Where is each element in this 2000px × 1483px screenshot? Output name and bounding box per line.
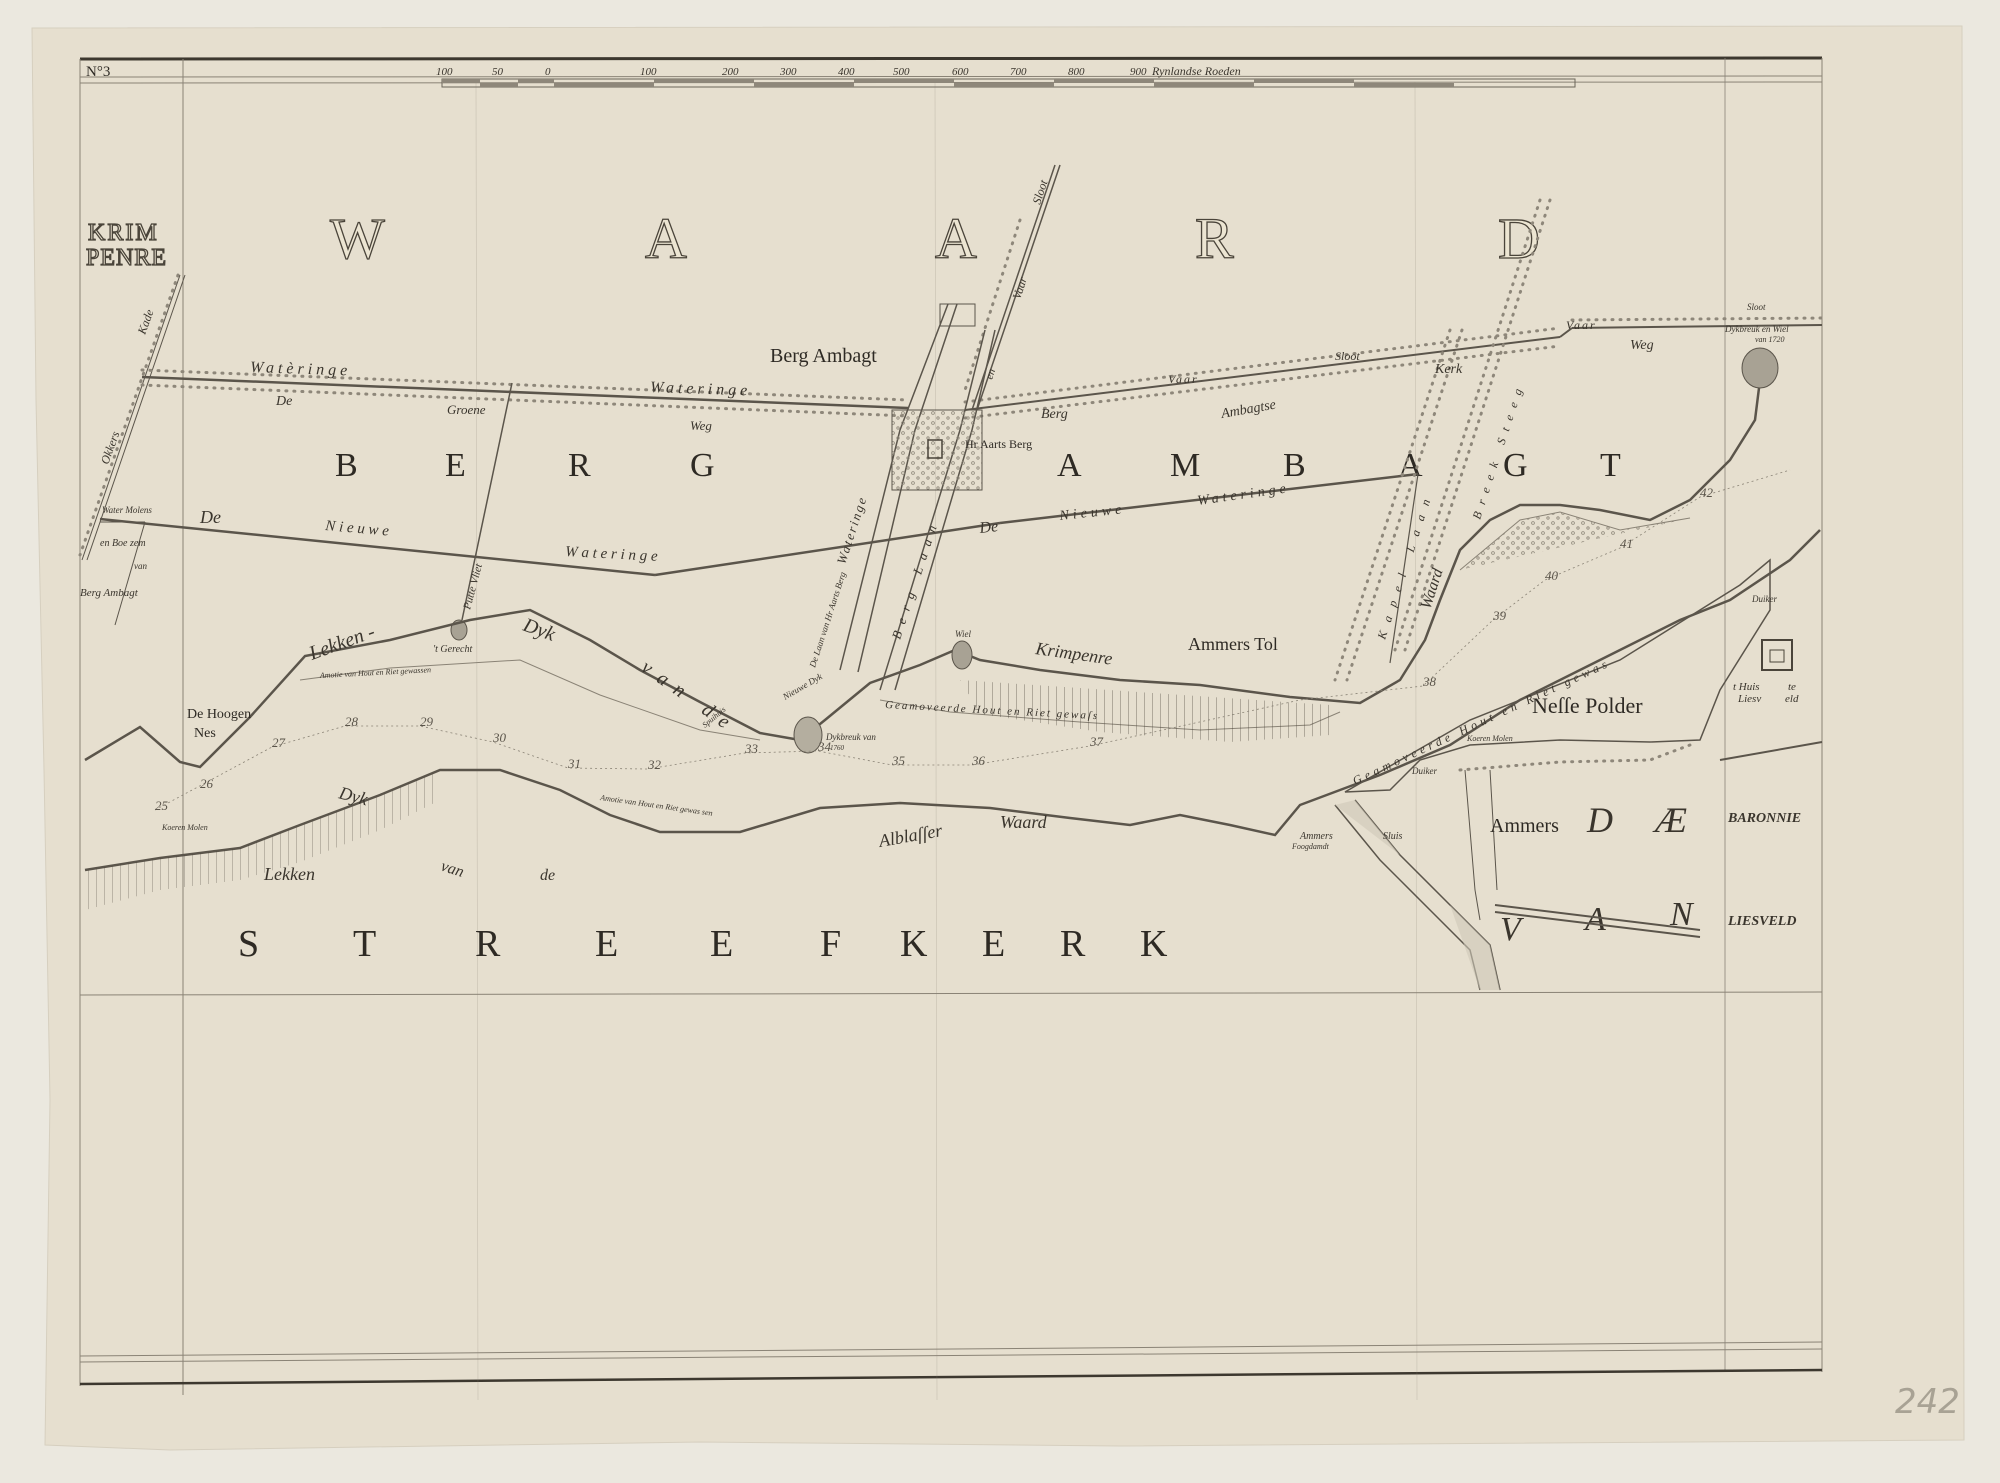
svg-text:van 1720: van 1720 <box>1755 335 1785 344</box>
sounding: 37 <box>1089 734 1104 749</box>
svg-text:A: A <box>1583 901 1606 938</box>
scale-tick: 400 <box>838 66 855 78</box>
svg-text:T: T <box>1600 447 1621 484</box>
scale-tick: 500 <box>893 66 910 78</box>
svg-text:Watèringe: Watèringe <box>250 359 352 380</box>
sounding: 33 <box>744 741 759 756</box>
place-ammers-tol: Ammers Tol <box>1188 634 1278 654</box>
svg-text:Dykbreuk van: Dykbreuk van <box>825 732 876 742</box>
place-te: te <box>1788 681 1796 693</box>
svg-text:Berg Ambagt: Berg Ambagt <box>80 587 139 599</box>
svg-text:de: de <box>540 867 555 884</box>
sounding: 41 <box>1620 536 1633 551</box>
svg-text:Ammers: Ammers <box>1299 831 1333 842</box>
svg-text:KRIM: KRIM <box>88 220 159 246</box>
sounding: 25 <box>155 798 169 813</box>
sounding: 36 <box>971 753 986 768</box>
historical-map-sheet: N°3 100 50 0 100 200 300 400 500 600 700… <box>0 0 2000 1483</box>
svg-text:E: E <box>710 923 733 965</box>
sounding: 32 <box>647 757 662 772</box>
svg-text:1760: 1760 <box>830 744 845 752</box>
svg-text:D: D <box>1586 800 1613 840</box>
svg-text:A: A <box>1057 447 1082 484</box>
svg-text:Water Molens: Water Molens <box>102 505 152 515</box>
krimpenre-label: KRIM PENRE <box>86 220 167 271</box>
svg-text:Waard: Waard <box>1000 812 1048 832</box>
svg-text:G: G <box>1503 447 1528 484</box>
sounding: 30 <box>492 730 507 745</box>
sounding: 35 <box>891 753 906 768</box>
scale-tick: 100 <box>436 66 453 78</box>
svg-text:Duiker: Duiker <box>1411 766 1437 776</box>
place-liesv: Liesv <box>1737 693 1761 705</box>
svg-text:K: K <box>1140 923 1168 965</box>
svg-text:De: De <box>199 507 221 527</box>
scale-tick: 300 <box>779 66 797 78</box>
svg-text:Vaar: Vaar <box>1168 372 1199 386</box>
svg-text:Weg: Weg <box>1630 338 1654 353</box>
svg-text:Æ: Æ <box>1652 800 1687 840</box>
scale-tick: 0 <box>545 66 551 78</box>
svg-text:van: van <box>134 561 147 571</box>
scale-tick: 600 <box>952 66 969 78</box>
svg-text:De: De <box>978 518 999 537</box>
place-nes: Nes <box>194 726 216 741</box>
svg-text:Foogdamdt: Foogdamdt <box>1291 842 1330 851</box>
svg-text:B: B <box>335 447 358 484</box>
scale-tick: 800 <box>1068 66 1085 78</box>
svg-text:Sloot: Sloot <box>1747 302 1766 312</box>
svg-text:Vaar: Vaar <box>1566 318 1597 332</box>
svg-text:F: F <box>820 923 841 965</box>
svg-text:R: R <box>568 447 591 484</box>
sounding: 28 <box>345 714 359 729</box>
sounding: 38 <box>1422 674 1437 689</box>
sounding: 39 <box>1492 608 1507 623</box>
paper-sheet <box>32 26 1964 1450</box>
svg-text:BARONNIE: BARONNIE <box>1727 811 1801 826</box>
svg-text:E: E <box>982 923 1005 965</box>
sheet-number: N°3 <box>86 64 110 80</box>
svg-text:Weg: Weg <box>690 418 712 433</box>
svg-text:Berg: Berg <box>1041 407 1068 422</box>
scale-tick: 200 <box>722 66 739 78</box>
svg-text:W: W <box>330 206 385 271</box>
place-hr-aarts-berg: Hr Aarts Berg <box>965 437 1032 451</box>
svg-text:Sluis: Sluis <box>1383 831 1403 842</box>
sounding: 26 <box>200 776 214 791</box>
sounding: 27 <box>272 735 286 750</box>
sounding: 31 <box>567 756 581 771</box>
place-berg-ambagt: Berg Ambagt <box>770 345 877 367</box>
svg-text:R: R <box>1195 206 1234 271</box>
place-eld: eld <box>1785 693 1799 705</box>
scale-tick: 100 <box>640 66 657 78</box>
svg-text:S: S <box>238 923 259 965</box>
pencil-inventory-number: 242 <box>1895 1382 1960 1422</box>
svg-text:en Boe zem: en Boe zem <box>100 538 146 549</box>
svg-text:R: R <box>1060 923 1086 965</box>
svg-text:R: R <box>475 923 501 965</box>
svg-text:Dykbreuk en Wiel: Dykbreuk en Wiel <box>1724 324 1789 334</box>
svg-text:G: G <box>690 447 715 484</box>
svg-text:LIESVELD: LIESVELD <box>1727 914 1796 929</box>
place-de-hoogen: De Hoogen <box>187 707 251 722</box>
scale-tick: 900 <box>1130 66 1147 78</box>
scale-unit-label: Rynlandse Roeden <box>1151 64 1241 78</box>
svg-text:Wateringe: Wateringe <box>650 379 752 400</box>
svg-text:Koeren Molen: Koeren Molen <box>161 823 208 832</box>
svg-text:Duiker: Duiker <box>1751 594 1777 604</box>
svg-text:M: M <box>1170 447 1200 484</box>
svg-text:T: T <box>353 923 376 965</box>
svg-text:Groene: Groene <box>447 402 486 417</box>
svg-text:Kerk: Kerk <box>1434 362 1463 377</box>
place-t-huis: t Huis <box>1733 681 1760 693</box>
scale-tick: 700 <box>1010 66 1027 78</box>
place-ammers: Ammers <box>1490 815 1559 837</box>
svg-text:Wiel: Wiel <box>955 629 971 639</box>
sounding: 40 <box>1545 568 1559 583</box>
svg-text:Lekken: Lekken <box>263 864 315 884</box>
scale-tick: 50 <box>492 66 504 78</box>
svg-text:B: B <box>1283 447 1306 484</box>
svg-text:A: A <box>935 206 977 271</box>
svg-text:PENRE: PENRE <box>86 245 167 271</box>
svg-text:Koeren Molen: Koeren Molen <box>1466 734 1513 743</box>
sounding: 29 <box>420 714 434 729</box>
sounding: 42 <box>1700 485 1714 500</box>
svg-text:Sloot: Sloot <box>1335 349 1360 363</box>
svg-text:'t Gerecht: 't Gerecht <box>433 644 472 655</box>
svg-text:K: K <box>900 923 928 965</box>
svg-text:E: E <box>595 923 618 965</box>
svg-text:E: E <box>445 447 466 484</box>
svg-text:A: A <box>645 206 687 271</box>
svg-text:De: De <box>275 394 292 409</box>
